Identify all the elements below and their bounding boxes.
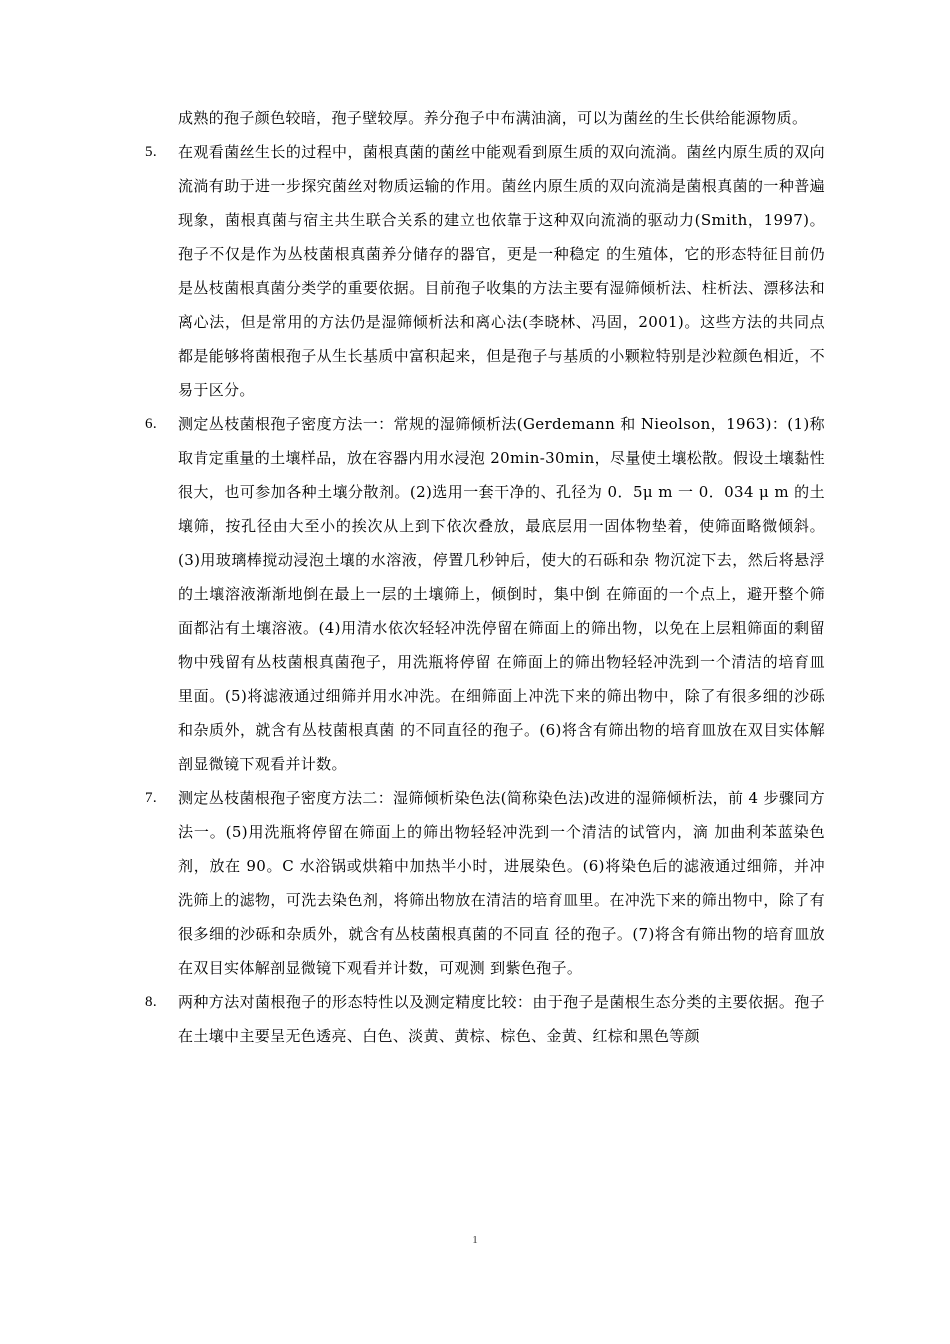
list-item-6: 6. 测定丛枝菌根孢子密度方法一：常规的湿筛倾析法(Gerdemann 和 Ni… xyxy=(145,407,825,781)
list-number: 5. xyxy=(145,135,157,169)
paragraph-continuation: 成熟的孢子颜色较暗，孢子壁较厚。养分孢子中布满油滴，可以为菌丝的生长供给能源物质… xyxy=(145,101,825,135)
list-item-7: 7. 测定丛枝菌根孢子密度方法二：湿筛倾析染色法(简称染色法)改进的湿筛倾析法，… xyxy=(145,781,825,985)
document-body: 成熟的孢子颜色较暗，孢子壁较厚。养分孢子中布满油滴，可以为菌丝的生长供给能源物质… xyxy=(145,101,825,1053)
paragraph-text: 两种方法对菌根孢子的形态特性以及测定精度比较：由于孢子是菌根生态分类的主要依据。… xyxy=(178,993,825,1045)
paragraph-text: 测定丛枝菌根孢子密度方法二：湿筛倾析染色法(简称染色法)改进的湿筛倾析法，前 4… xyxy=(178,789,825,977)
paragraph-text: 成熟的孢子颜色较暗，孢子壁较厚。养分孢子中布满油滴，可以为菌丝的生长供给能源物质… xyxy=(178,109,807,127)
paragraph-text: 测定丛枝菌根孢子密度方法一：常规的湿筛倾析法(Gerdemann 和 Nieol… xyxy=(178,415,825,773)
list-item-8: 8. 两种方法对菌根孢子的形态特性以及测定精度比较：由于孢子是菌根生态分类的主要… xyxy=(145,985,825,1053)
paragraph-text: 在观看菌丝生长的过程中，菌根真菌的菌丝中能观看到原生质的双向流淌。菌丝内原生质的… xyxy=(178,143,825,399)
document-page: 成熟的孢子颜色较暗，孢子壁较厚。养分孢子中布满油滴，可以为菌丝的生长供给能源物质… xyxy=(0,0,950,1344)
list-number: 8. xyxy=(145,985,157,1019)
list-item-5: 5. 在观看菌丝生长的过程中，菌根真菌的菌丝中能观看到原生质的双向流淌。菌丝内原… xyxy=(145,135,825,407)
list-number: 6. xyxy=(145,407,157,441)
page-number: 1 xyxy=(0,1234,950,1246)
list-number: 7. xyxy=(145,781,157,815)
